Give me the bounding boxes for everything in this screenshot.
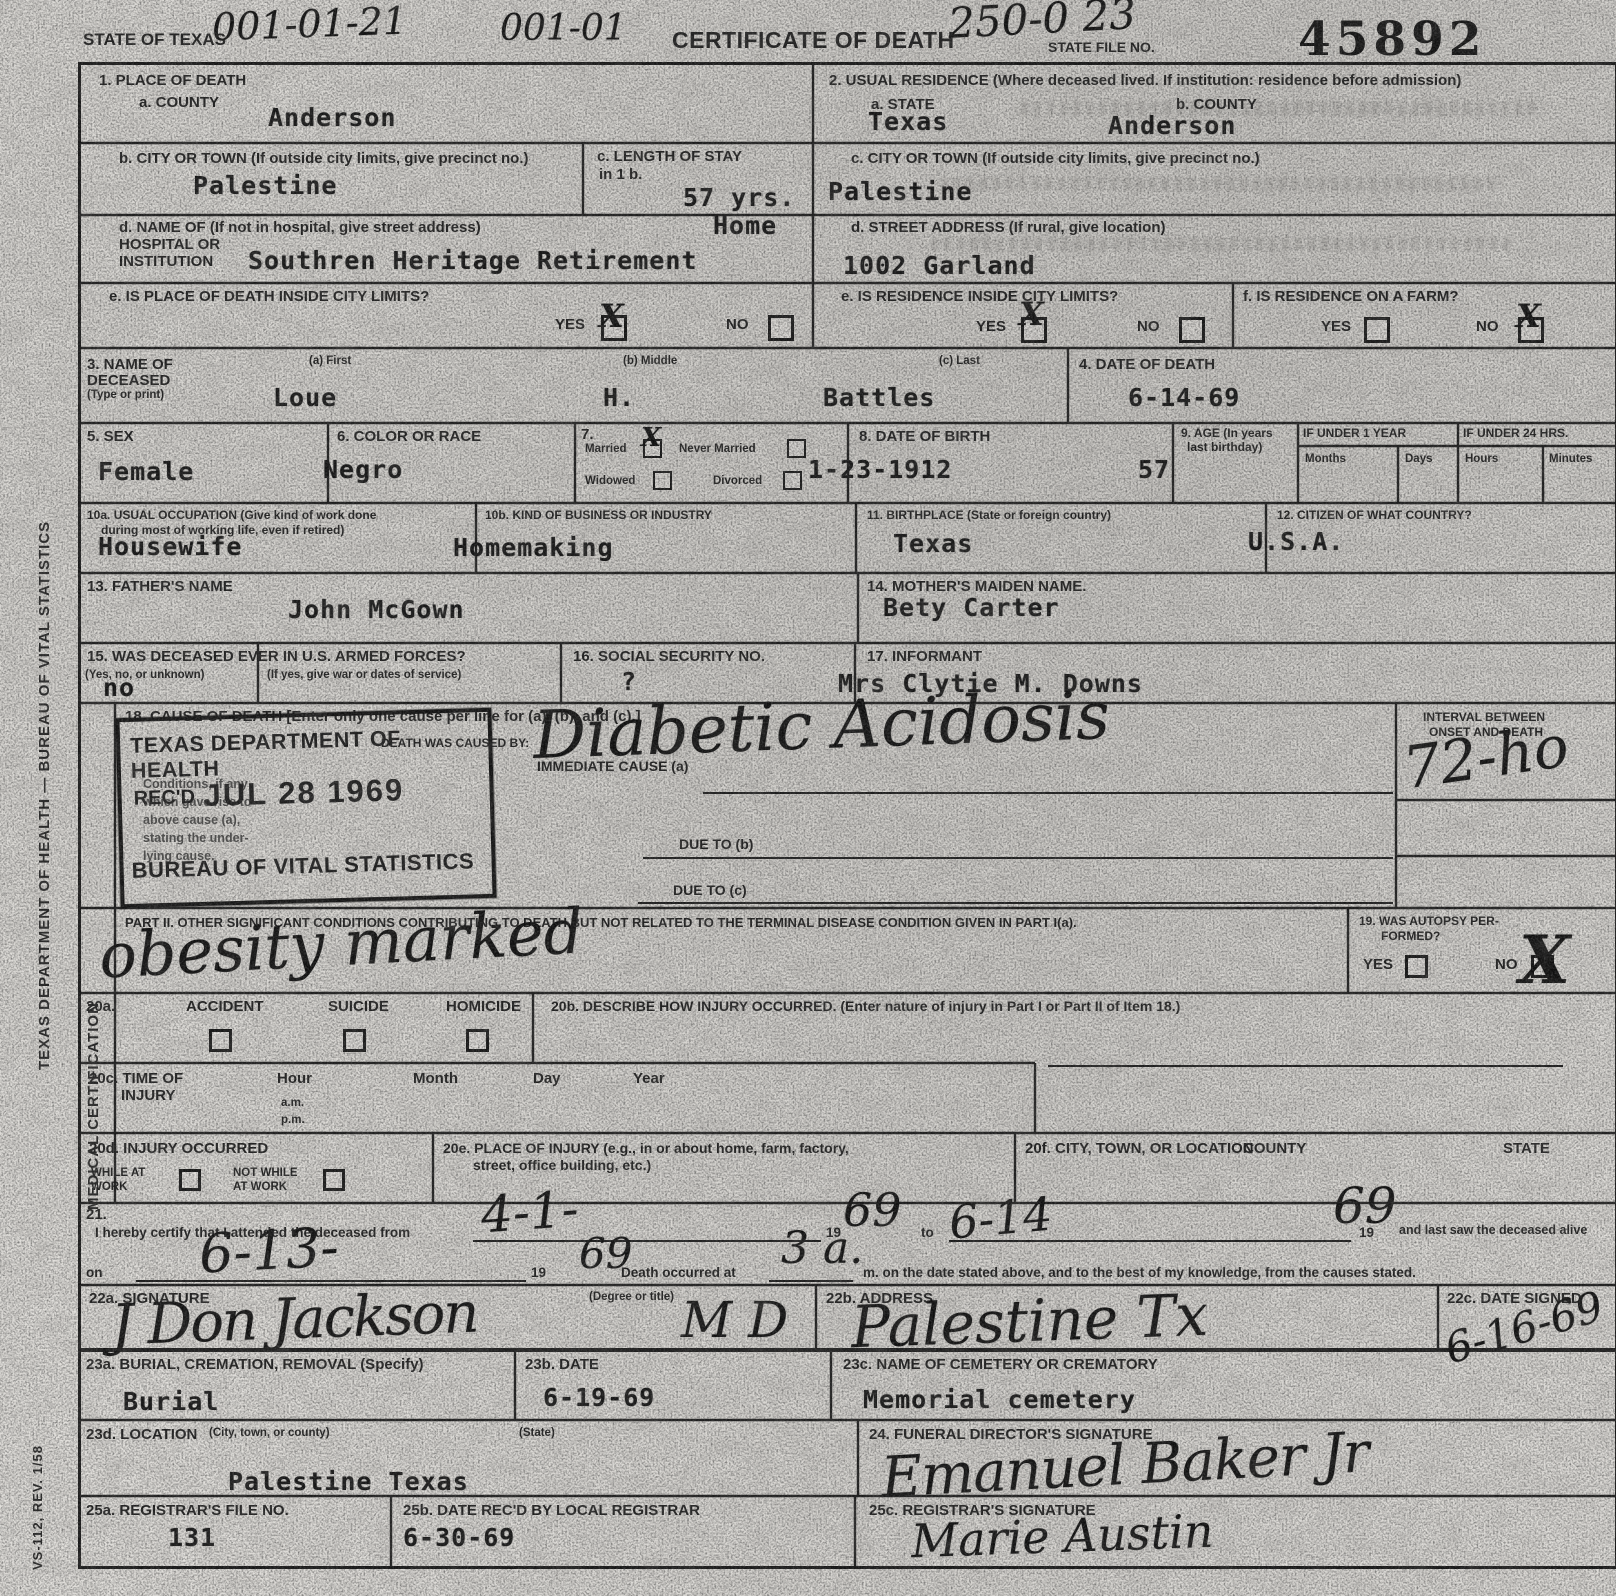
sec20d-label: 20d. INJURY OCCURRED	[89, 1141, 268, 1158]
sec3-first-label: (a) First	[309, 355, 351, 368]
sec23d-value: Palestine Texas	[228, 1467, 469, 1496]
sec2-farm-yes-checkbox	[1364, 317, 1390, 343]
sec2-street-label: d. STREET ADDRESS (If rural, give locati…	[851, 220, 1165, 237]
sec1-city-value: Palestine	[193, 171, 337, 200]
sec22a-degree-label: (Degree or title)	[589, 1291, 674, 1304]
sec20d-notwhile1: NOT WHILE	[233, 1167, 298, 1180]
sec21-from-handwriting: 4-1-	[479, 1180, 580, 1245]
scan-smudge	[1021, 101, 1541, 116]
sec20d-notwhile2: AT WORK	[233, 1181, 287, 1194]
handwritten-code-mid: 001-01	[500, 8, 627, 49]
sec12-value: U.S.A.	[1248, 527, 1344, 556]
certificate-number: 45892	[1298, 12, 1487, 67]
sec16-value: ?	[621, 667, 637, 696]
sec20a-accident-checkbox	[209, 1029, 232, 1052]
sec1-yes-mark: X	[599, 297, 624, 335]
part2-handwriting: obesity marked	[97, 894, 585, 992]
sec20a-suicide-checkbox	[343, 1029, 366, 1052]
sec23b-value: 6-19-69	[543, 1383, 655, 1412]
scan-smudge	[941, 177, 1501, 191]
sec9-label2: last birthday)	[1187, 441, 1262, 454]
sec20a-accident-label: ACCIDENT	[186, 999, 264, 1016]
sec2-farm-label: f. IS RESIDENCE ON A FARM?	[1243, 289, 1459, 306]
sec10a-label1: 10a. USUAL OCCUPATION (Give kind of work…	[87, 509, 376, 522]
sec10b-value: Homemaking	[453, 533, 614, 562]
death-certificate-scan: { "marks": {"x": "X"}, "header": { "stat…	[0, 0, 1616, 1596]
sec1-stay-sub: in 1 b.	[599, 167, 642, 184]
sec2-state-value: Texas	[868, 107, 948, 136]
margin-form-rev: VS-112, REV. 1/58	[30, 1385, 45, 1570]
sec3-last-value: Battles	[823, 383, 935, 412]
sec1-title: 1. PLACE OF DEATH	[99, 73, 246, 90]
sec19-label2: FORMED?	[1381, 930, 1440, 943]
sec20c-year-label: Year	[633, 1071, 665, 1088]
sec1-home-value: Home	[713, 211, 777, 240]
sec9-label1: 9. AGE (In years	[1181, 427, 1273, 440]
sec20e-label2: street, office building, etc.)	[473, 1158, 651, 1174]
sec2-county-value: Anderson	[1108, 111, 1236, 140]
sec21-yr3-handwriting: 69	[579, 1229, 632, 1278]
sec16-label: 16. SOCIAL SECURITY NO.	[573, 649, 765, 666]
sec13-label: 13. FATHER'S NAME	[87, 579, 233, 596]
sec18-cause-a-handwriting: Diabetic Acidosis	[532, 677, 1111, 774]
sec1-stay-label: c. LENGTH OF STAY	[597, 149, 742, 166]
sec10b-label: 10b. KIND OF BUSINESS OR INDUSTRY	[485, 509, 712, 522]
sec15-value: no	[103, 673, 135, 702]
sec18-due-b-label: DUE TO (b)	[679, 837, 753, 853]
sec2-farm-no-label: NO	[1476, 319, 1499, 336]
sec7-never-checkbox	[787, 439, 806, 458]
sec20c-month-label: Month	[413, 1071, 458, 1088]
sec25a-value: 131	[168, 1523, 216, 1552]
certificate-title: CERTIFICATE OF DEATH	[672, 28, 955, 54]
sec20a-suicide-label: SUICIDE	[328, 999, 389, 1016]
sec2-title: 2. USUAL RESIDENCE (Where deceased lived…	[829, 73, 1461, 90]
sec2-street-value: 1002 Garland	[843, 251, 1036, 280]
sec23c-label: 23c. NAME OF CEMETERY OR CREMATORY	[843, 1357, 1158, 1374]
sec11-value: Texas	[893, 529, 973, 558]
sec9-months-label: Months	[1305, 453, 1346, 466]
sec19-label1: 19. WAS AUTOPSY PER-	[1359, 915, 1499, 928]
sec23c-value: Memorial cemetery	[863, 1385, 1136, 1414]
sec1-citylimits-label: e. IS PLACE OF DEATH INSIDE CITY LIMITS?	[109, 289, 429, 306]
sec21-line1b: and last saw the deceased alive	[1399, 1223, 1587, 1237]
sec20c-am-label: a.m.	[281, 1097, 304, 1110]
sec23d-label: 23d. LOCATION	[86, 1427, 197, 1444]
certificate-form: MEDICAL CERTIFICATION 1. PLACE OF DEATH …	[78, 62, 1616, 1569]
sec3-middle-label: (b) Middle	[623, 355, 677, 368]
physician-signature: J Don Jackson	[110, 1281, 478, 1359]
physician-degree-handwriting: M D	[681, 1291, 788, 1349]
sec19-yes-checkbox	[1405, 955, 1428, 978]
sec18-interval-handwriting: 72-ho	[1399, 712, 1573, 802]
sec1-institution-label1: d. NAME OF (If not in hospital, give str…	[119, 220, 481, 237]
sec2-citylimits-label: e. IS RESIDENCE INSIDE CITY LIMITS?	[841, 289, 1118, 306]
sec20d-while2: WORK	[91, 1181, 127, 1194]
sec21-on-label: on	[86, 1265, 103, 1280]
sec25b-value: 6-30-69	[403, 1523, 515, 1552]
sec8-label: 8. DATE OF BIRTH	[859, 429, 990, 446]
sec3-middle-value: H.	[603, 383, 635, 412]
sec7-divorced-label: Divorced	[713, 475, 762, 488]
sec5-label: 5. SEX	[87, 429, 134, 446]
sec6-value: Negro	[323, 455, 403, 484]
sec25b-label: 25b. DATE REC'D BY LOCAL REGISTRAR	[403, 1503, 700, 1520]
sec19-no-mark: X	[1519, 921, 1570, 999]
handwritten-code-left: 001-01-21	[211, 0, 407, 49]
state-file-no-label: STATE FILE NO.	[1048, 40, 1155, 56]
sec1-institution-label3: INSTITUTION	[119, 254, 213, 271]
sec3-title3: (Type or print)	[87, 389, 164, 402]
sec20e-label1: 20e. PLACE OF INJURY (e.g., in or about …	[443, 1141, 849, 1157]
sec7-widowed-checkbox	[653, 471, 672, 490]
sec20f-county-label: COUNTY	[1243, 1141, 1306, 1158]
sec20c-label1: 20c. TIME OF	[89, 1071, 183, 1088]
sec7-label: 7.	[581, 427, 594, 444]
sec21-deathat-label: Death occurred at	[621, 1265, 736, 1280]
scan-smudge	[931, 237, 1511, 251]
sec23d-sub1: (City, town, or county)	[209, 1427, 330, 1440]
sec20b-label: 20b. DESCRIBE HOW INJURY OCCURRED. (Ente…	[551, 999, 1180, 1015]
sec4-value: 6-14-69	[1128, 383, 1240, 412]
sec4-label: 4. DATE OF DEATH	[1079, 357, 1215, 374]
sec21-to-label: to	[921, 1225, 934, 1240]
sec1-no-checkbox	[768, 315, 794, 341]
sec2-yes-mark: X	[1019, 295, 1044, 333]
sec7-widowed-label: Widowed	[585, 475, 635, 488]
sec7-married-label: Married	[585, 443, 627, 456]
sec1-county-label: a. COUNTY	[139, 95, 219, 112]
sec21-yr3-printed: 19	[531, 1265, 546, 1280]
sec20a-label: 20a.	[86, 999, 115, 1016]
sec11-label: 11. BIRTHPLACE (State or foreign country…	[867, 509, 1111, 522]
sec7-never-label: Never Married	[679, 443, 756, 456]
sec20a-homicide-checkbox	[466, 1029, 489, 1052]
sec13-value: John McGown	[288, 595, 465, 624]
sec14-value: Bety Carter	[883, 593, 1060, 622]
sec7-married-mark: X	[641, 423, 661, 453]
sec9-under24-label: IF UNDER 24 HRS.	[1463, 427, 1568, 440]
sec15-label: 15. WAS DECEASED EVER IN U.S. ARMED FORC…	[87, 649, 466, 666]
sec9-hours-label: Hours	[1465, 453, 1498, 466]
sec20f-state-label: STATE	[1503, 1141, 1550, 1158]
physician-address-handwriting: Palestine Tx	[850, 1281, 1209, 1361]
stamp-recd: REC'D	[133, 786, 195, 811]
sec3-title2: DECEASED	[87, 373, 170, 390]
sec2-yes-label: YES	[976, 319, 1006, 336]
sec5-value: Female	[98, 457, 194, 486]
sec21-to-handwriting: 6-14	[947, 1187, 1055, 1250]
sec1-no-label: NO	[726, 317, 749, 334]
stamp-date: JUL 28 1969	[203, 772, 405, 814]
sec20c-pm-label: p.m.	[281, 1114, 305, 1127]
sec1-county-value: Anderson	[268, 103, 396, 132]
sec9-days-label: Days	[1405, 453, 1433, 466]
sec15-sub2: (If yes, give war or dates of service)	[267, 669, 461, 682]
sec20a-homicide-label: HOMICIDE	[446, 999, 521, 1016]
sec20d-while1: WHILE AT	[91, 1167, 145, 1180]
sec19-yes-label: YES	[1363, 957, 1393, 974]
sec19-no-label: NO	[1495, 957, 1518, 974]
sec21-yr2-handwriting: 69	[1333, 1177, 1397, 1235]
sec1-institution-value: Southren Heritage Retirement	[248, 246, 697, 275]
received-stamp: TEXAS DEPARTMENT OF HEALTH REC'D JUL 28 …	[115, 708, 496, 908]
sec9-under1yr-label: IF UNDER 1 YEAR	[1303, 427, 1406, 440]
sec23a-value: Burial	[123, 1387, 219, 1416]
sec25a-label: 25a. REGISTRAR'S FILE NO.	[86, 1503, 289, 1520]
stamp-line3: BUREAU OF VITAL STATISTICS	[131, 848, 474, 884]
margin-department-text: TEXAS DEPARTMENT OF HEALTH — BUREAU OF V…	[36, 180, 53, 1070]
sec2-farm-yes-label: YES	[1321, 319, 1351, 336]
sec21-on-handwriting: 6-13-	[197, 1215, 340, 1285]
sec1-city-label: b. CITY OR TOWN (If outside city limits,…	[119, 151, 529, 168]
sec12-label: 12. CITIZEN OF WHAT COUNTRY?	[1277, 509, 1472, 522]
sec2-city-value: Palestine	[828, 177, 972, 206]
sec2-no-checkbox	[1179, 317, 1205, 343]
sec1-stay-value: 57 yrs.	[683, 183, 795, 212]
sec20c-label2: INJURY	[121, 1088, 175, 1105]
sec1-institution-label2: HOSPITAL OR	[119, 237, 220, 254]
sec9-value: 57	[1138, 455, 1170, 484]
sec2-city-label: c. CITY OR TOWN (If outside city limits,…	[851, 151, 1260, 168]
sec20d-notwhile-checkbox	[323, 1169, 345, 1191]
state-of-texas-label: STATE OF TEXAS	[83, 30, 226, 49]
sec2-no-label: NO	[1137, 319, 1160, 336]
sec3-last-label: (c) Last	[939, 355, 980, 368]
sec8-value: 1-23-1912	[808, 455, 952, 484]
sec3-first-value: Loue	[273, 383, 337, 412]
sec23d-sub2: (State)	[519, 1427, 555, 1440]
sec7-divorced-checkbox	[783, 471, 802, 490]
sec20d-while-checkbox	[179, 1169, 201, 1191]
sec9-minutes-label: Minutes	[1549, 453, 1592, 466]
sec20c-hour-label: Hour	[277, 1071, 312, 1088]
sec20f-label: 20f. CITY, TOWN, OR LOCATION	[1025, 1141, 1254, 1158]
sec6-label: 6. COLOR OR RACE	[337, 429, 481, 446]
sec1-yes-label: YES	[555, 317, 585, 334]
sec20c-day-label: Day	[533, 1071, 561, 1088]
sec10a-value: Housewife	[98, 532, 242, 561]
registrar-signature: Marie Austin	[910, 1504, 1214, 1569]
sec23b-label: 23b. DATE	[525, 1357, 599, 1374]
sec21-time-handwriting: 3 a.	[781, 1223, 863, 1274]
sec23a-label: 23a. BURIAL, CREMATION, REMOVAL (Specify…	[86, 1357, 424, 1374]
sec21-num: 21.	[86, 1207, 107, 1224]
sec21-line2b: m. on the date stated above, and to the …	[863, 1265, 1416, 1280]
sec18-due-c-label: DUE TO (c)	[673, 883, 747, 899]
sec2-farm-no-mark: X	[1516, 297, 1541, 335]
sec17-label: 17. INFORMANT	[867, 649, 982, 666]
